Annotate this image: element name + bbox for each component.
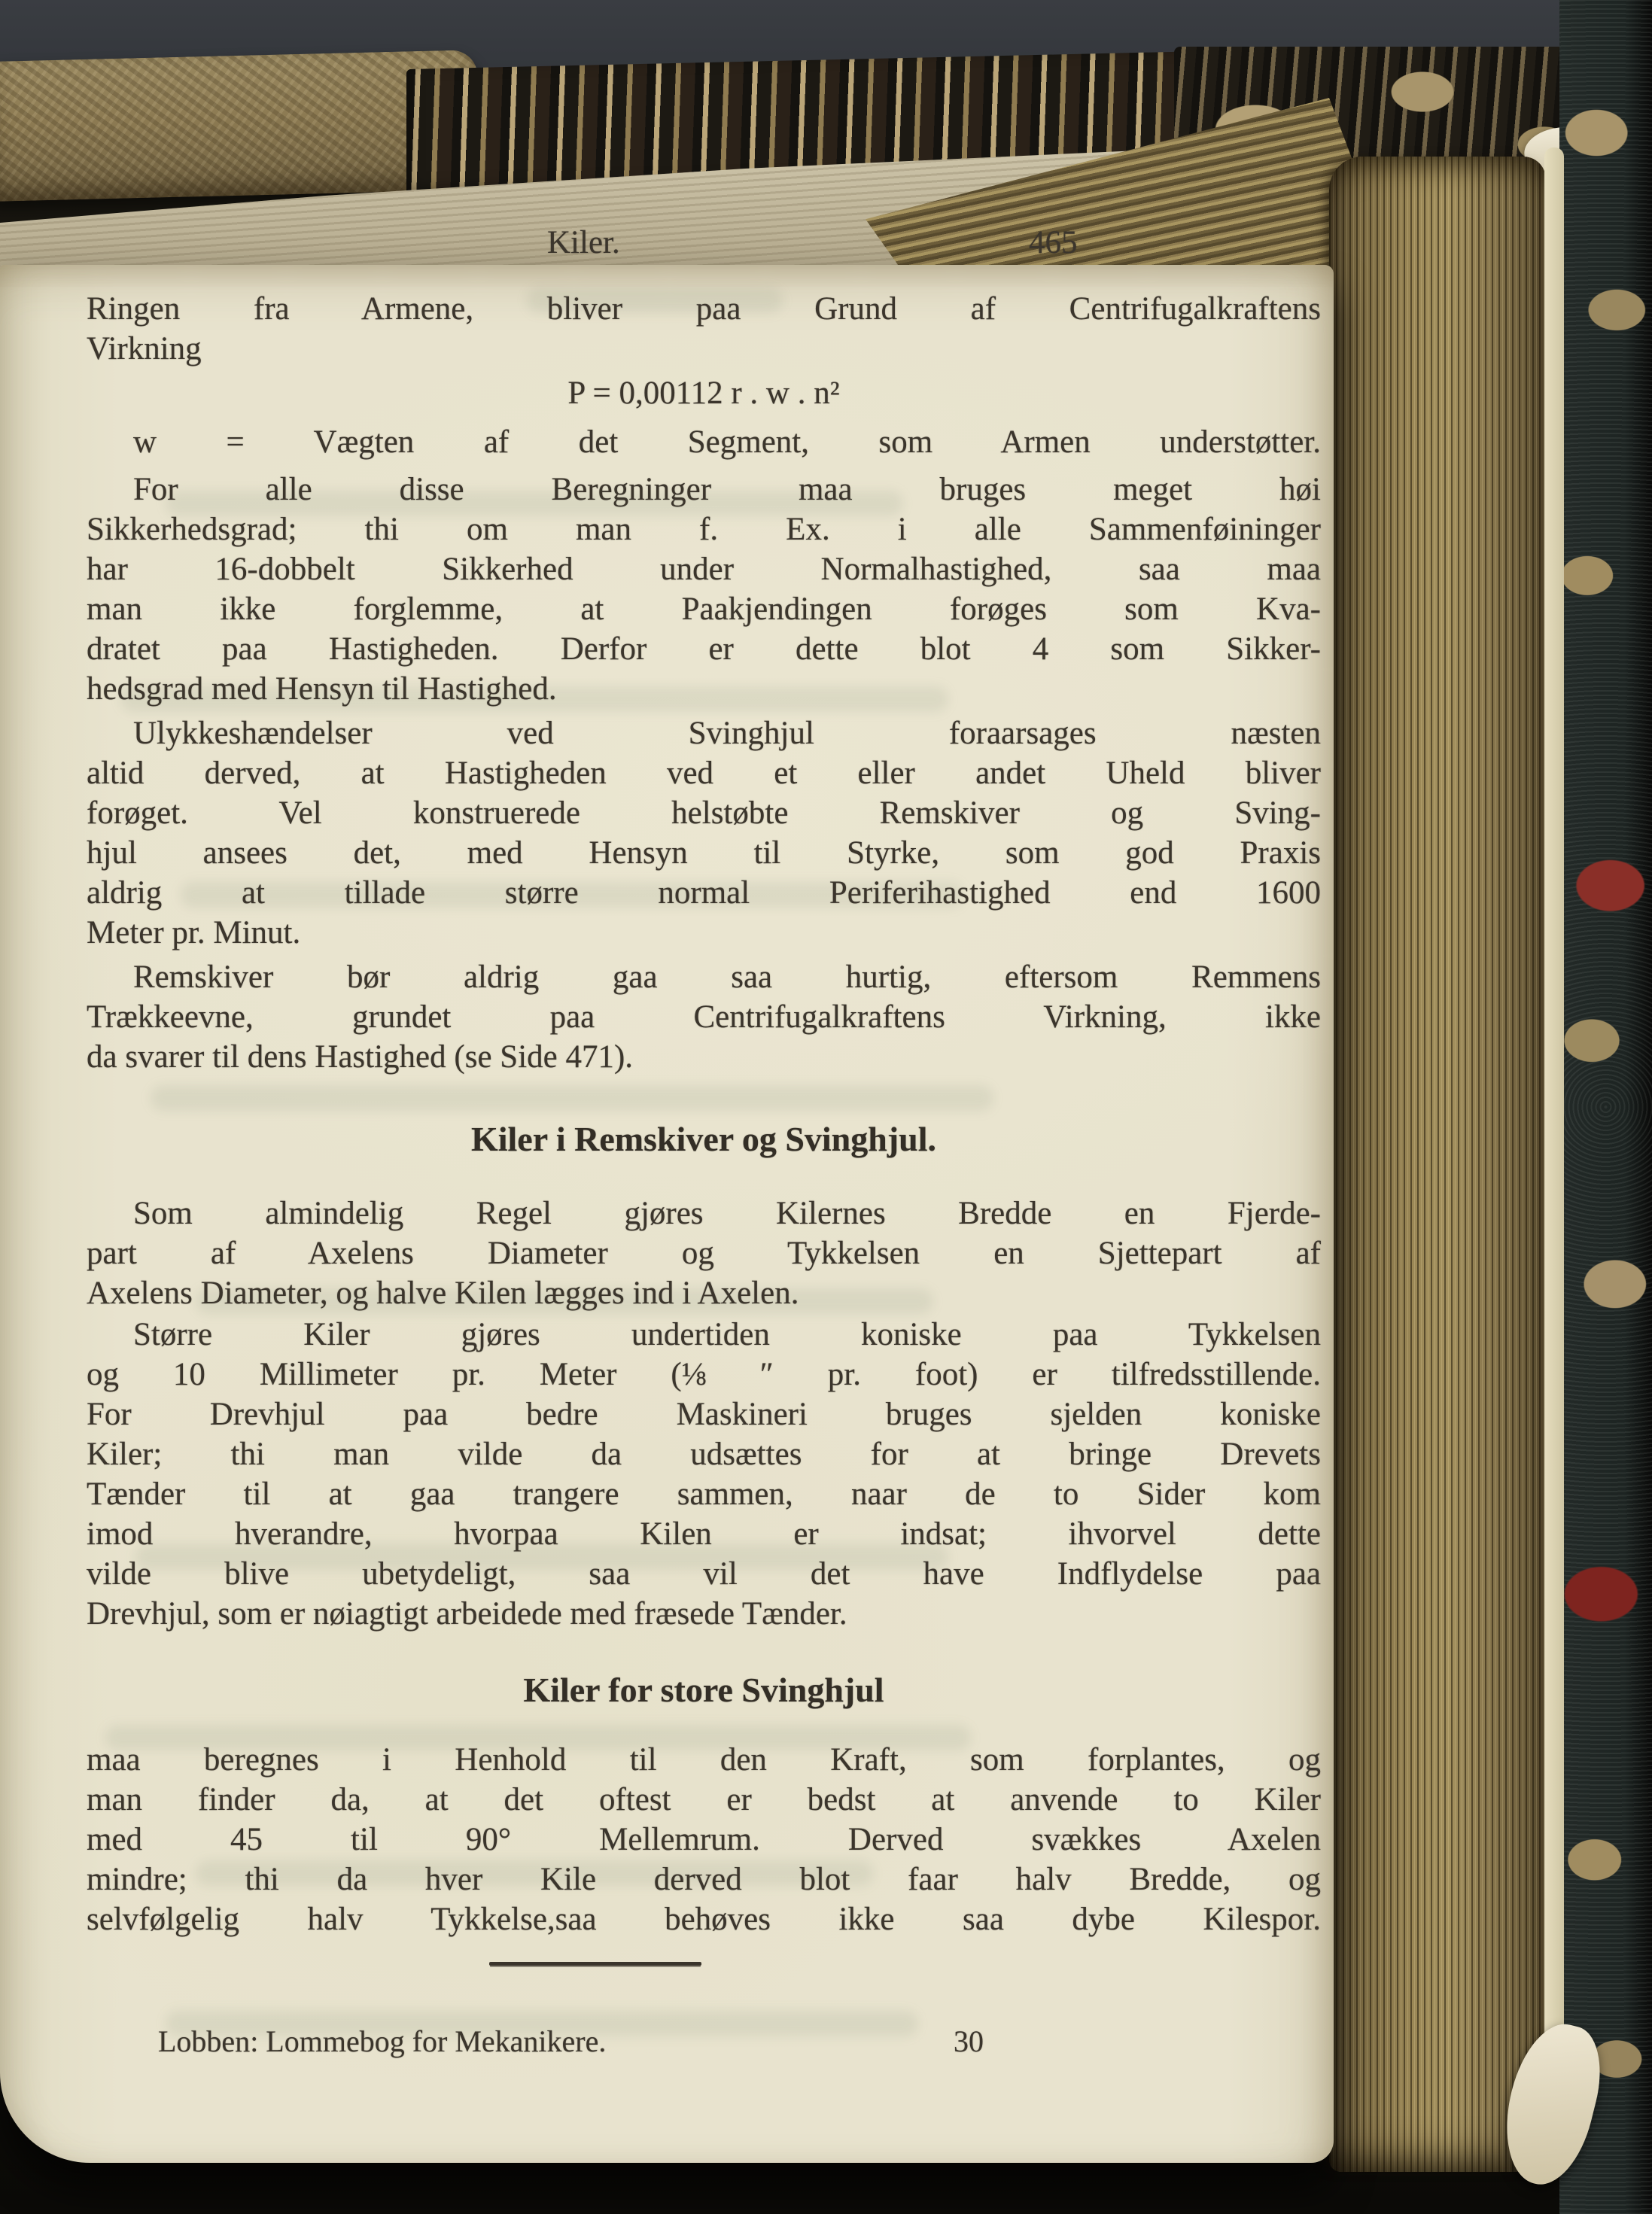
text-line: vilde blive ubetydeligt, saa vil det hav…: [87, 1554, 1321, 1594]
footer-book-reference: Lobben: Lommebog for Mekanikere.: [158, 2021, 606, 2061]
text-line: Som almindelig Regel gjøres Kilernes Bre…: [87, 1194, 1321, 1233]
text-line: forøget. Vel konstruerede helstøbte Rems…: [87, 793, 1321, 833]
text-line: mindre; thi da hver Kile derved blot faa…: [87, 1860, 1321, 1899]
footer: Lobben: Lommebog for Mekanikere. 30: [87, 2021, 1321, 2067]
text-line: Ulykkeshændelser ved Svinghjul foraarsag…: [87, 713, 1321, 753]
text-line: Kiler for store Svinghjul: [87, 1670, 1321, 1710]
text-line: man finder da, at det oftest er bedst at…: [87, 1780, 1321, 1820]
text-line: og 10 Millimeter pr. Meter (⅛ ″ pr. foot…: [87, 1355, 1321, 1394]
definition-w: w = Vægten af det Segment, som Armen und…: [87, 422, 1321, 462]
fore-edge-page-stack: [1329, 157, 1546, 2172]
paragraph-ringen: Ringen fra Armene, bliver paa Grund af C…: [87, 289, 1321, 369]
text-line: part af Axelens Diameter og Tykkelsen en…: [87, 1233, 1321, 1273]
printed-text-column: Kiler. 465 Ringen fra Armene, bliver paa…: [87, 223, 1321, 2067]
text-line: Axelens Diameter, og halve Kilen lægges …: [87, 1273, 1321, 1313]
paragraph-maa-beregnes: maa beregnes i Henhold til den Kraft, so…: [87, 1740, 1321, 1939]
text-line: aldrig at tillade større normal Periferi…: [87, 873, 1321, 913]
text-line: dratet paa Hastigheden. Derfor er dette …: [87, 629, 1321, 669]
paragraph-ulykkeshaendelser: Ulykkeshændelser ved Svinghjul foraarsag…: [87, 713, 1321, 953]
book-scan: Kiler. 465 Ringen fra Armene, bliver paa…: [0, 0, 1652, 2214]
page-number: 465: [1029, 223, 1078, 263]
text-line: Meter pr. Minut.: [87, 913, 1321, 953]
text-line: w = Vægten af det Segment, som Armen und…: [87, 422, 1321, 462]
section-heading-kiler-remskiver: Kiler i Remskiver og Svinghjul.: [87, 1119, 1321, 1159]
footer-rule: [489, 1962, 701, 1966]
text-line: Remskiver bør aldrig gaa saa hurtig, eft…: [87, 957, 1321, 997]
text-line: maa beregnes i Henhold til den Kraft, so…: [87, 1740, 1321, 1780]
text-line: Virkning: [87, 329, 1321, 369]
text-line: med 45 til 90° Mellemrum. Derved svækkes…: [87, 1820, 1321, 1860]
text-line: Sikkerhedsgrad; thi om man f. Ex. i alle…: [87, 509, 1321, 549]
running-head-title: Kiler.: [547, 223, 620, 263]
text-line: selvfølgelig halv Tykkelse,saa behøves i…: [87, 1899, 1321, 1939]
text-line: altid derved, at Hastigheden ved et elle…: [87, 753, 1321, 793]
text-line: imod hverandre, hvorpaa Kilen er indsat;…: [87, 1514, 1321, 1554]
text-line: Tænder til at gaa trangere sammen, naar …: [87, 1474, 1321, 1514]
body-text: Ringen fra Armene, bliver paa Grund af C…: [87, 289, 1321, 1939]
text-line: hjul ansees det, med Hensyn til Styrke, …: [87, 833, 1321, 873]
text-line: man ikke forglemme, at Paakjendingen for…: [87, 589, 1321, 629]
text-line: Kiler; thi man vilde da udsættes for at …: [87, 1434, 1321, 1474]
text-line: P = 0,00112 r . w . n²: [87, 373, 1321, 413]
text-line: da svarer til dens Hastighed (se Side 47…: [87, 1037, 1321, 1077]
text-line: Ringen fra Armene, bliver paa Grund af C…: [87, 289, 1321, 329]
running-header: Kiler. 465: [87, 223, 1321, 268]
text-line: har 16-dobbelt Sikkerhed under Normalhas…: [87, 549, 1321, 589]
paragraph-almindelig-regel: Som almindelig Regel gjøres Kilernes Bre…: [87, 1194, 1321, 1313]
footer-signature-number: 30: [954, 2021, 984, 2061]
paragraph-stoerre-kiler: Større Kiler gjøres undertiden koniske p…: [87, 1315, 1321, 1634]
endpaper-strip: [1544, 147, 1564, 2134]
text-line: Drevhjul, som er nøiagtigt arbeidede med…: [87, 1594, 1321, 1634]
text-line: Trækkeevne, grundet paa Centrifugalkraft…: [87, 997, 1321, 1037]
text-line: For Drevhjul paa bedre Maskineri bruges …: [87, 1394, 1321, 1434]
formula-centrifugal-force: P = 0,00112 r . w . n²: [87, 373, 1321, 413]
marbled-cover-right: [1559, 0, 1652, 2214]
paragraph-remskiver: Remskiver bør aldrig gaa saa hurtig, eft…: [87, 957, 1321, 1077]
text-line: hedsgrad med Hensyn til Hastighed.: [87, 669, 1321, 709]
text-line: For alle disse Beregninger maa bruges me…: [87, 470, 1321, 509]
paragraph-sikkerhedsgrad: For alle disse Beregninger maa bruges me…: [87, 470, 1321, 709]
text-line: Kiler i Remskiver og Svinghjul.: [87, 1119, 1321, 1159]
section-heading-store-svinghjul: Kiler for store Svinghjul: [87, 1670, 1321, 1710]
text-line: Større Kiler gjøres undertiden koniske p…: [87, 1315, 1321, 1355]
